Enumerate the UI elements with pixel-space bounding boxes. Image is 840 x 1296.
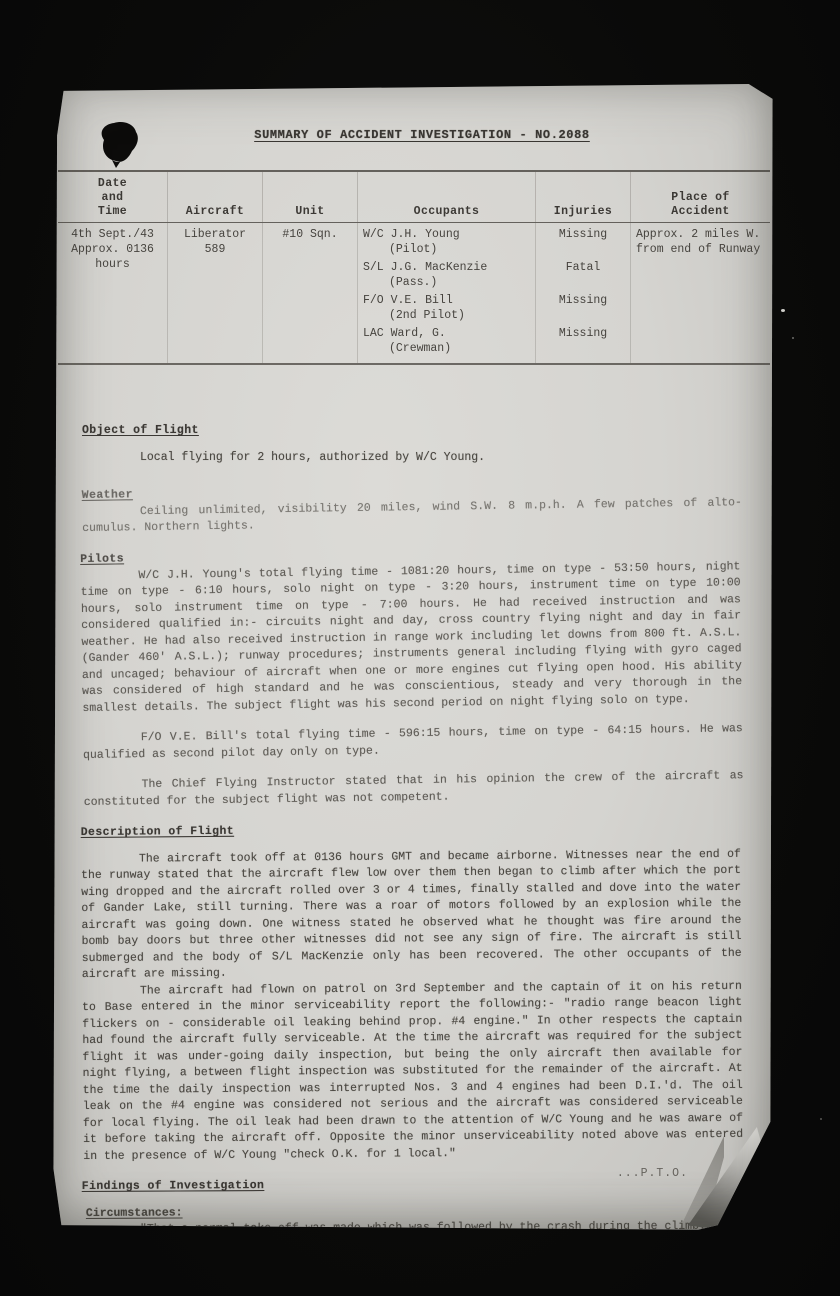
section-heading: Description of Flight xyxy=(81,819,741,841)
header-occupants: Occupants xyxy=(358,172,536,222)
injury-status: Fatal xyxy=(541,260,625,290)
circumstances-text: "That a normal take-off was made which w… xyxy=(82,1218,742,1238)
ink-blot xyxy=(90,118,148,174)
section-weather: Weather Ceiling unlimited, visibility 20… xyxy=(82,478,743,537)
cell-aircraft: Liberator 589 xyxy=(168,223,263,363)
header-injuries: Injuries xyxy=(536,172,631,222)
cell-date-time: 4th Sept./43 Approx. 0136 hours xyxy=(58,223,168,363)
injury-status: Missing xyxy=(541,293,625,323)
accident-summary-table: Date and Time Aircraft Unit Occupants In… xyxy=(58,170,770,365)
cause-text: "Obscure." xyxy=(82,1265,742,1285)
occupant-entry: LAC Ward, G.(Crewman) xyxy=(363,326,530,356)
table-row: 4th Sept./43 Approx. 0136 hours Liberato… xyxy=(58,223,770,363)
pilots-paragraph-instructor: The Chief Flying Instructor stated that … xyxy=(83,768,743,811)
description-paragraph-serviceability: The aircraft had flown on patrol on 3rd … xyxy=(82,978,743,1165)
dust-speck xyxy=(792,337,794,339)
cell-occupants: W/C J.H. Young(Pilot) S/L J.G. MacKenzie… xyxy=(358,223,536,363)
cell-place: Approx. 2 miles W. from end of Runway xyxy=(631,223,770,363)
section-description-of-flight: Description of Flight The aircraft took … xyxy=(81,819,744,1164)
pilots-paragraph-young: W/C J.H. Young's total flying time - 108… xyxy=(80,558,742,716)
pilots-paragraph-bill: F/O V.E. Bill's total flying time - 596:… xyxy=(83,721,743,764)
section-heading: Object of Flight xyxy=(82,423,742,440)
section-text: Local flying for 2 hours, authorized by … xyxy=(82,450,742,467)
section-object-of-flight: Object of Flight Local flying for 2 hour… xyxy=(82,423,742,466)
cell-unit: #10 Sqn. xyxy=(263,223,358,363)
occupant-entry: W/C J.H. Young(Pilot) xyxy=(363,227,530,257)
table-header-row: Date and Time Aircraft Unit Occupants In… xyxy=(58,172,770,223)
injury-status: Missing xyxy=(541,326,625,356)
document-page: SUMMARY OF ACCIDENT INVESTIGATION - NO.2… xyxy=(52,84,774,1232)
scanned-photo-background: { "title": "SUMMARY OF ACCIDENT INVESTIG… xyxy=(0,0,840,1296)
section-pilots: Pilots W/C J.H. Young's total flying tim… xyxy=(80,542,744,811)
page-content: SUMMARY OF ACCIDENT INVESTIGATION - NO.2… xyxy=(52,84,774,1232)
cell-injuries: Missing Fatal Missing Missing xyxy=(536,223,631,363)
header-date-time: Date and Time xyxy=(58,172,168,222)
cause-label: Cause: xyxy=(86,1249,742,1269)
header-aircraft: Aircraft xyxy=(168,172,263,222)
dust-speck xyxy=(781,309,785,312)
header-place: Place of Accident xyxy=(631,172,770,222)
injury-status: Missing xyxy=(541,227,625,257)
section-findings: Findings of Investigation Circumstances:… xyxy=(82,1175,743,1285)
page-turn-over-note: ...P.T.O. xyxy=(617,1167,688,1180)
dust-speck xyxy=(820,1118,822,1120)
description-paragraph-crash: The aircraft took off at 0136 hours GMT … xyxy=(81,846,742,983)
occupant-entry: S/L J.G. MacKenzie(Pass.) xyxy=(363,260,530,290)
occupant-entry: F/O V.E. Bill(2nd Pilot) xyxy=(363,293,530,323)
page-title: SUMMARY OF ACCIDENT INVESTIGATION - NO.2… xyxy=(162,128,682,142)
header-unit: Unit xyxy=(263,172,358,222)
report-body: Object of Flight Local flying for 2 hour… xyxy=(52,423,774,1285)
